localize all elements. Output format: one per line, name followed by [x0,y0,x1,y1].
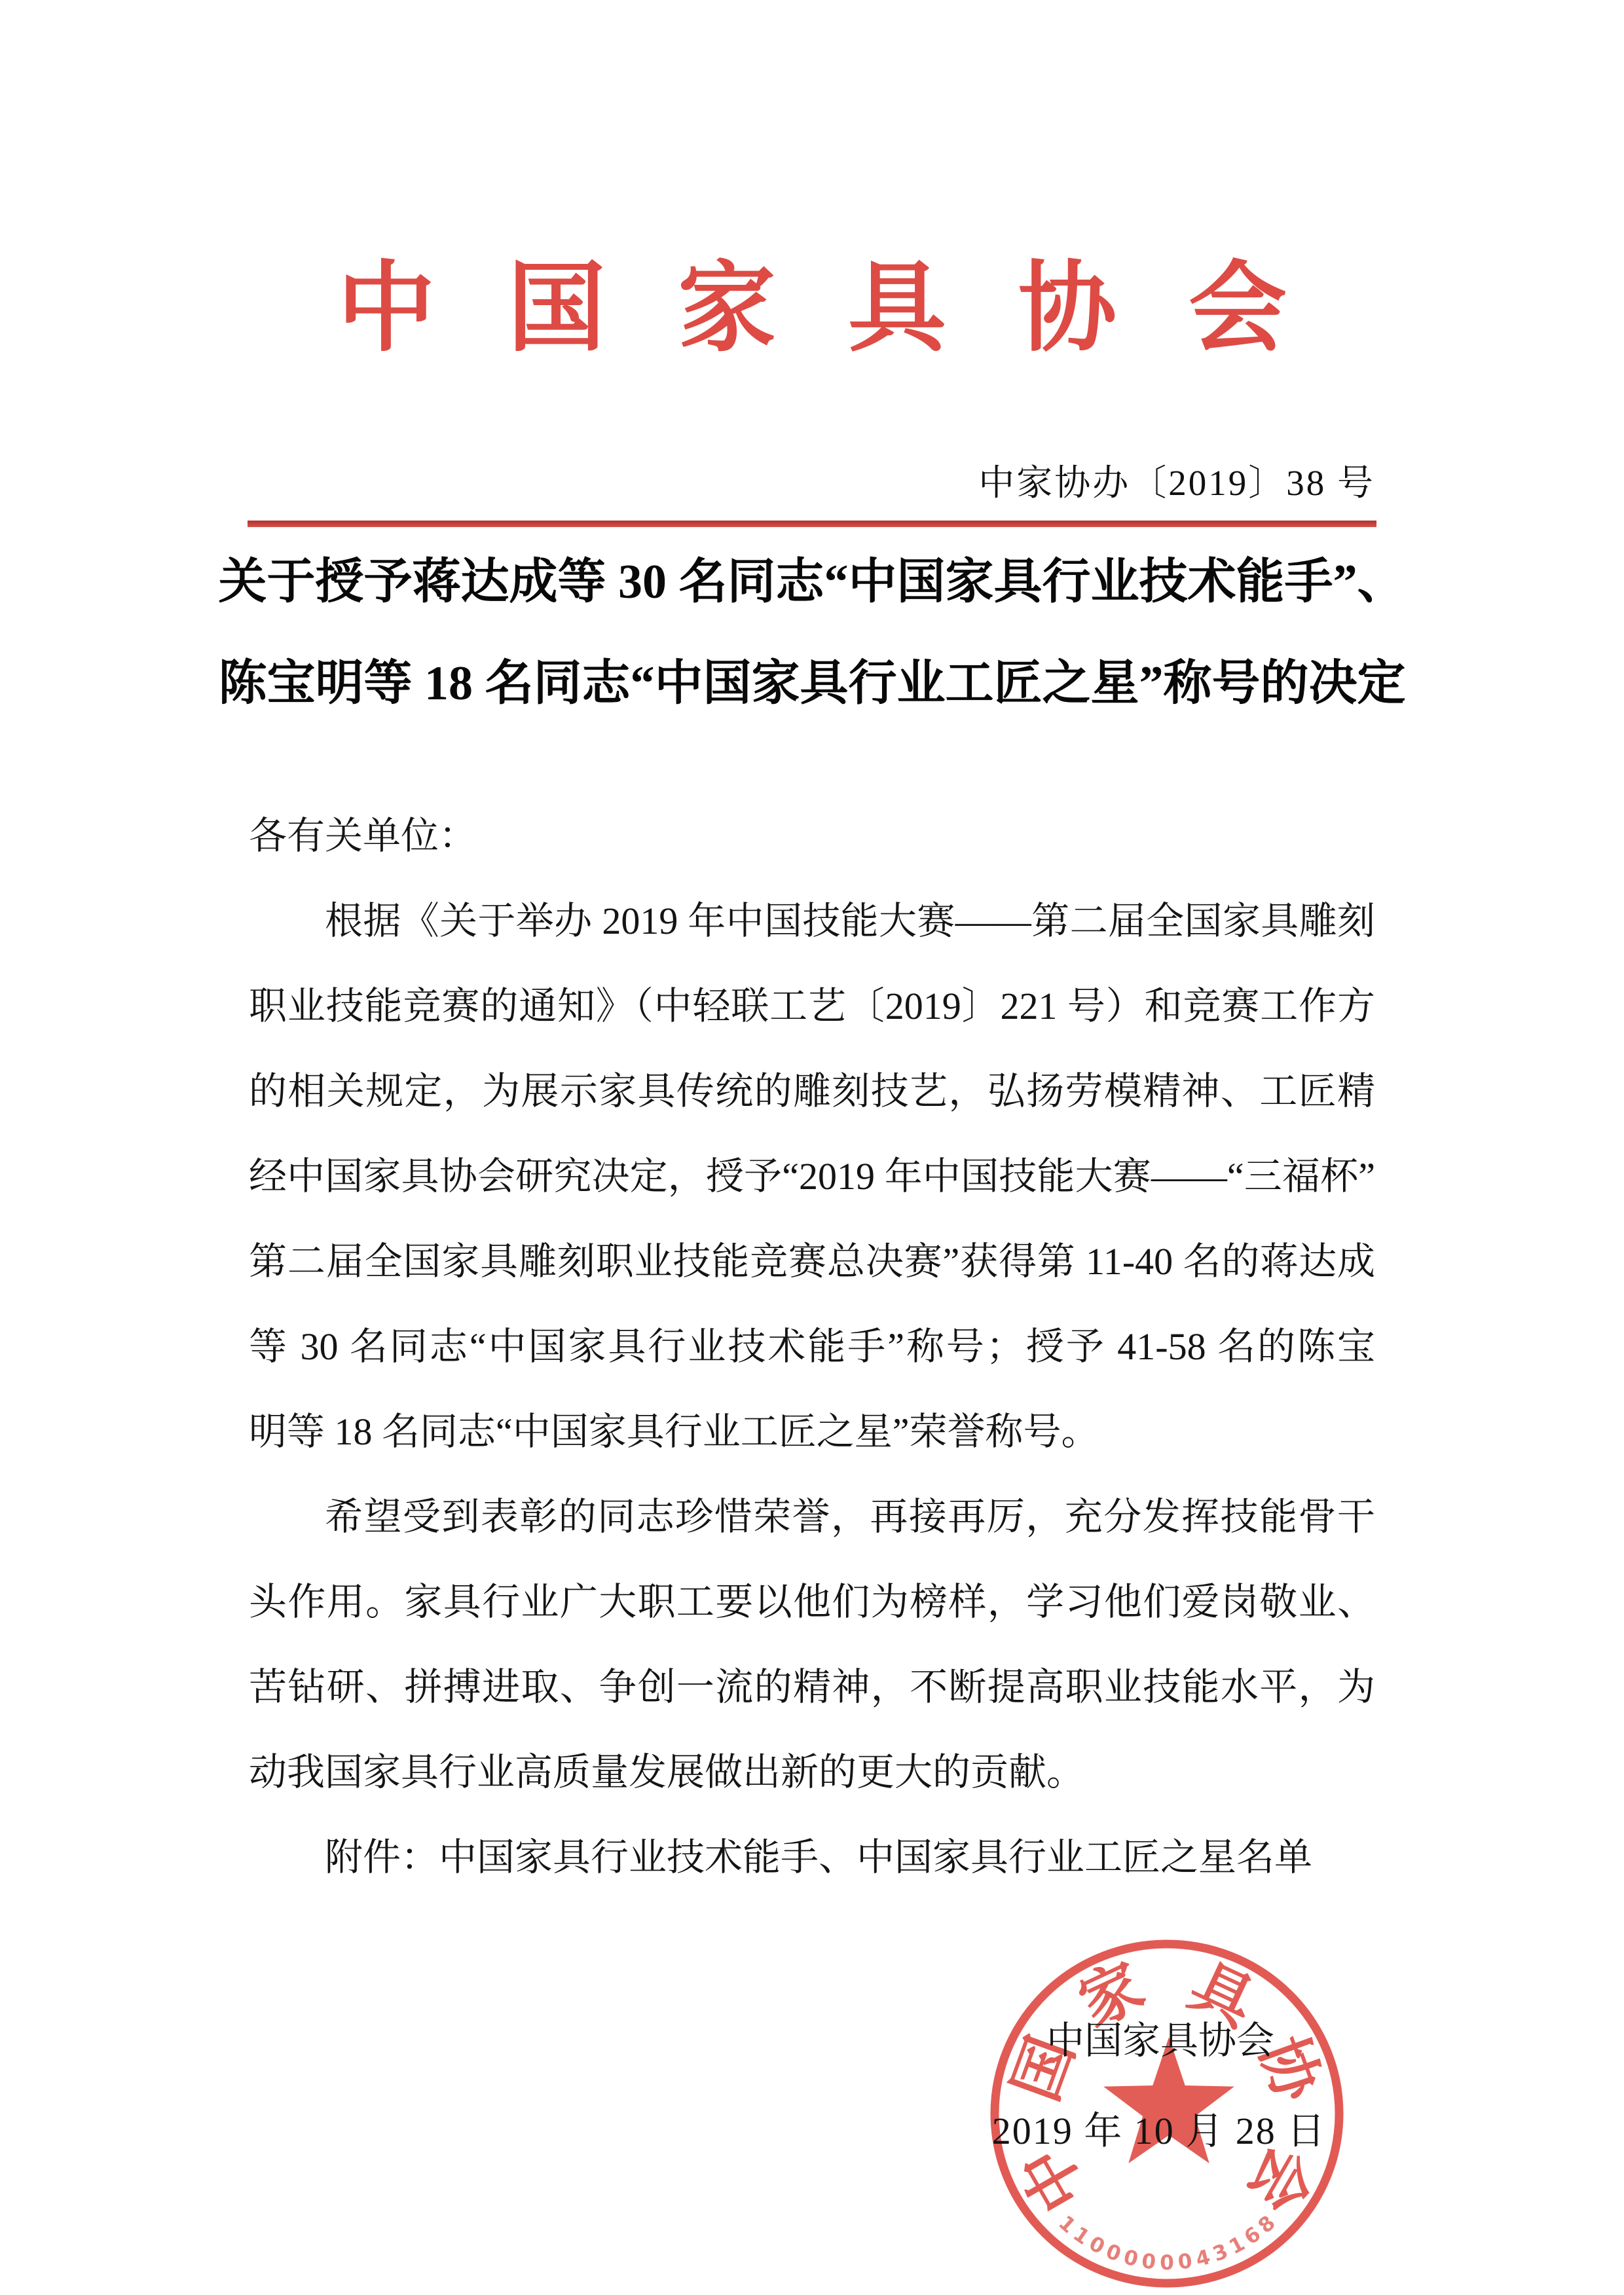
body-line: 希望受到表彰的同志珍惜荣誉，再接再厉，充分发挥技能骨干带 [249,1475,1375,1560]
seal-serial-digit: 0 [1140,2249,1157,2274]
body-line: 第二届全国家具雕刻职业技能竞赛总决赛”获得第 11-40 名的蒋达成 [249,1219,1375,1304]
body-line: 根据《关于举办 2019 年中国技能大赛——第二届全国家具雕刻 [249,879,1375,964]
official-document-page: 中国家具协会 中家协办〔2019〕38 号 关于授予蒋达成等 30 名同志“中国… [0,0,1624,2295]
body-line: 动我国家具行业高质量发展做出新的更大的贡献。 [249,1730,1375,1815]
body-line: 附件：中国家具行业技术能手、中国家具行业工匠之星名单 [249,1815,1375,1900]
document-title-line-2: 陈宝明等 18 名同志“中国家具行业工匠之星”称号的决定 [190,633,1434,735]
seal-serial-digit: 4 [1193,2245,1213,2271]
document-number: 中家协办〔2019〕38 号 [249,457,1375,509]
seal-serial-digit: 0 [1177,2249,1194,2274]
sign-date: 2019 年 10 月 28 日 [956,2108,1362,2154]
body-line: 职业技能竞赛的通知》（中轻联工艺〔2019〕221 号）和竞赛工作方案 [249,964,1375,1049]
seal-serial-digit: 0 [1160,2251,1174,2275]
seal-serial-digit: 0 [1121,2245,1141,2271]
salutation: 各有关单位： [249,794,1375,879]
letterhead-title: 中国家具协会 [0,244,1624,375]
body-line: 经中国家具协会研究决定，授予“2019 年中国技能大赛——“三福杯” [249,1134,1375,1219]
body-line: 的相关规定，为展示家具传统的雕刻技艺，弘扬劳模精神、工匠精神， [249,1049,1375,1134]
body-line: 苦钻研、拼搏进取、争创一流的精神，不断提高职业技能水平，为推 [249,1645,1375,1730]
body-line: 等 30 名同志“中国家具行业技术能手”称号；授予 41-58 名的陈宝 [249,1304,1375,1389]
body-text: 根据《关于举办 2019 年中国技能大赛——第二届全国家具雕刻职业技能竞赛的通知… [249,879,1375,1900]
document-title: 关于授予蒋达成等 30 名同志“中国家具行业技术能手”、 陈宝明等 18 名同志… [190,532,1434,735]
document-title-line-1: 关于授予蒋达成等 30 名同志“中国家具行业技术能手”、 [190,532,1434,633]
body-line: 头作用。家具行业广大职工要以他们为榜样，学习他们爱岗敬业、刻 [249,1560,1375,1645]
body-line: 明等 18 名同志“中国家具行业工匠之星”荣誉称号。 [249,1389,1375,1475]
red-divider-line [248,521,1376,527]
signer-name: 中国家具协会 [990,2018,1331,2064]
